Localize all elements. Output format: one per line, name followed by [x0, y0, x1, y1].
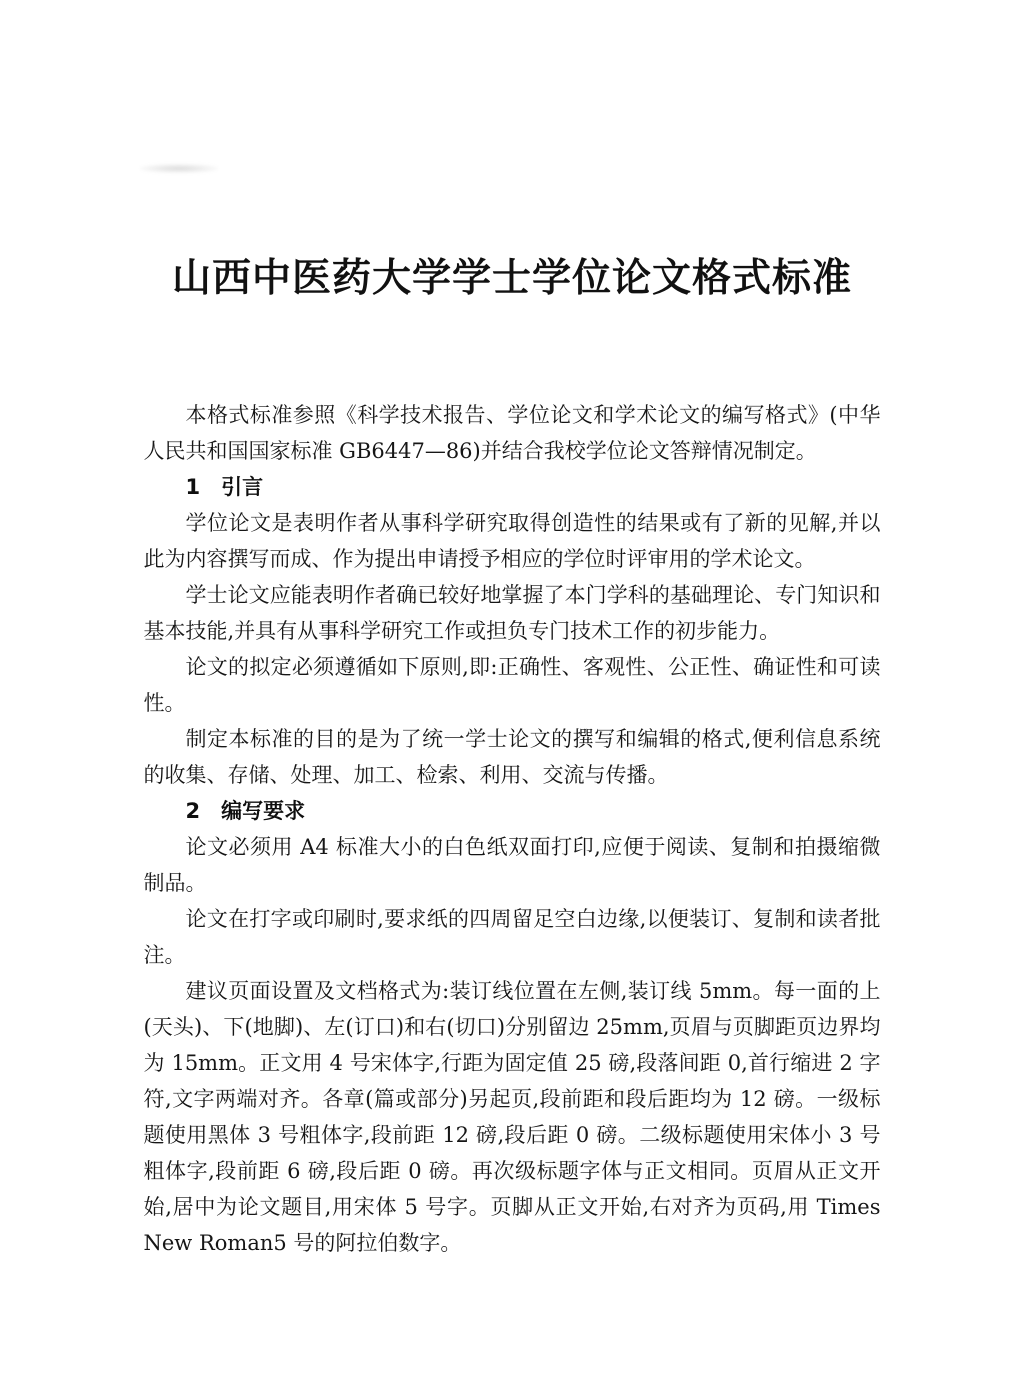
document-title: 山西中医药大学学士学位论文格式标准 — [0, 255, 1024, 301]
intro-paragraph: 本格式标准参照《科学技术报告、学位论文和学术论文的编写格式》(中华人民共和国国家… — [144, 397, 881, 469]
scan-smudge-artifact — [140, 164, 218, 173]
body-paragraph: 学士论文应能表明作者确已较好地掌握了本门学科的基础理论、专门知识和基本技能,并具… — [144, 577, 881, 649]
section-heading-introduction: 1 引言 — [144, 469, 881, 505]
body-paragraph: 论文在打字或印刷时,要求纸的四周留足空白边缘,以便装订、复制和读者批注。 — [144, 901, 881, 973]
body-paragraph: 论文的拟定必须遵循如下原则,即:正确性、客观性、公正性、确证性和可读性。 — [144, 649, 881, 721]
body-paragraph: 论文必须用 A4 标准大小的白色纸双面打印,应便于阅读、复制和拍摄缩微制品。 — [144, 829, 881, 901]
document-body: 本格式标准参照《科学技术报告、学位论文和学术论文的编写格式》(中华人民共和国国家… — [144, 397, 881, 1261]
document-page: 山西中医药大学学士学位论文格式标准 本格式标准参照《科学技术报告、学位论文和学术… — [0, 0, 1024, 1379]
section-heading-writing-requirements: 2 编写要求 — [144, 793, 881, 829]
body-paragraph: 制定本标准的目的是为了统一学士论文的撰写和编辑的格式,便利信息系统的收集、存储、… — [144, 721, 881, 793]
body-paragraph: 建议页面设置及文档格式为:装订线位置在左侧,装订线 5mm。每一面的上(天头)、… — [144, 973, 881, 1261]
body-paragraph: 学位论文是表明作者从事科学研究取得创造性的结果或有了新的见解,并以此为内容撰写而… — [144, 505, 881, 577]
